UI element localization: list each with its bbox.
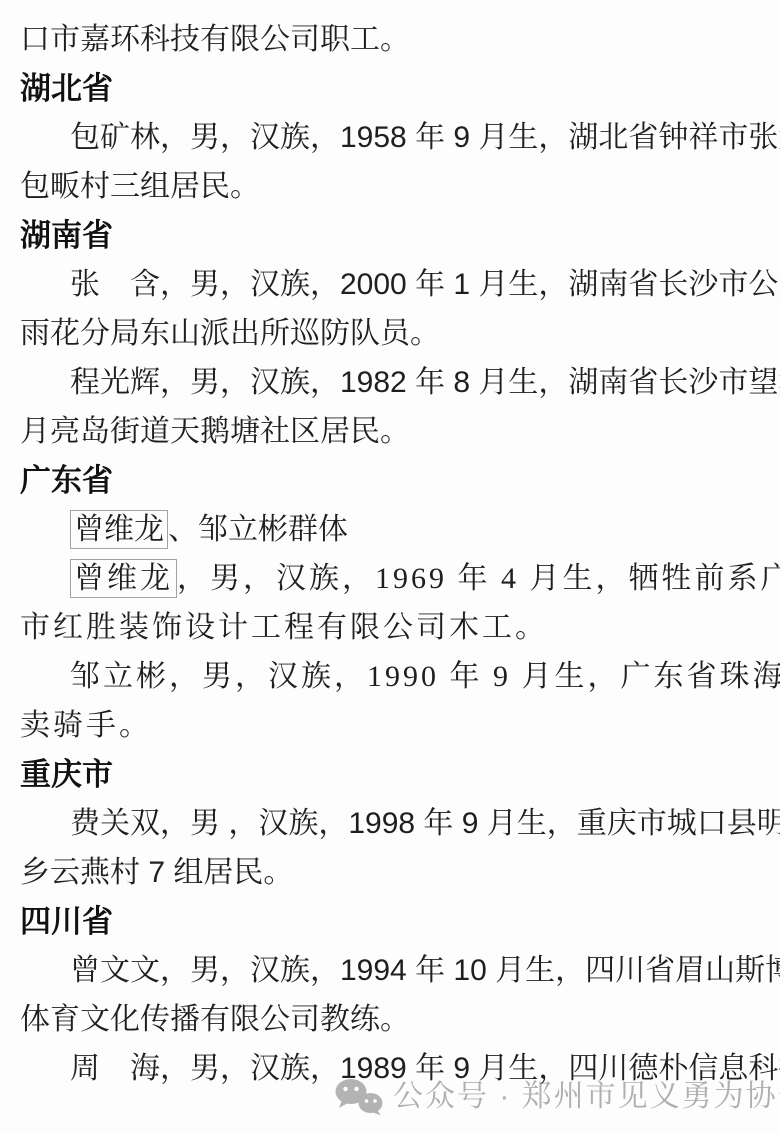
text-line: 包畈村三组居民。 <box>20 162 758 211</box>
text-segment: 费关双，男 ，汉族，1998 年 9 月生，重庆市城口县明中 <box>70 807 780 840</box>
text-segment: ，男，汉族，1969 年 4 月生，牺牲前系广东省珠海 <box>177 562 780 595</box>
document-page: 公众号 · 郑州市见义勇为协会 口市嘉环科技有限公司职工。湖北省包矿林，男，汉族… <box>0 0 780 1133</box>
section-heading: 四川省 <box>20 897 758 946</box>
text-line: 曾维龙，男，汉族，1969 年 4 月生，牺牲前系广东省珠海 <box>20 554 758 603</box>
text-line: 口市嘉环科技有限公司职工。 <box>20 15 758 64</box>
text-line: 卖骑手。 <box>20 701 758 750</box>
text-line: 包矿林，男，汉族，1958 年 9 月生，湖北省钟祥市张集镇 <box>20 113 758 162</box>
text-segment: 包畈村三组居民。 <box>20 170 260 203</box>
text-segment: 曾文文，男，汉族，1994 年 10 月生，四川省眉山斯博特 <box>70 954 780 987</box>
boxed-name: 曾维龙 <box>70 559 177 598</box>
text-line: 月亮岛街道天鹅塘社区居民。 <box>20 407 758 456</box>
text-line: 雨花分局东山派出所巡防队员。 <box>20 309 758 358</box>
text-line: 程光辉，男，汉族，1982 年 8 月生，湖南省长沙市望城区 <box>20 358 758 407</box>
text-segment: 重庆市 <box>20 757 113 792</box>
text-line: 体育文化传播有限公司教练。 <box>20 995 758 1044</box>
boxed-name: 曾维龙 <box>70 510 168 549</box>
text-segment: 、邹立彬群体 <box>168 513 348 546</box>
text-segment: 张 含，男，汉族，2000 年 1 月生，湖南省长沙市公安局 <box>70 268 780 301</box>
text-line: 邹立彬，男，汉族，1990 年 9 月生，广东省珠海市美团外 <box>20 652 758 701</box>
section-heading: 广东省 <box>20 456 758 505</box>
text-segment: 程光辉，男，汉族，1982 年 8 月生，湖南省长沙市望城区 <box>70 366 780 399</box>
text-line: 费关双，男 ，汉族，1998 年 9 月生，重庆市城口县明中 <box>20 799 758 848</box>
text-segment: 周 海，男，汉族，1989 年 9 月生，四川德朴信息科技有 <box>70 1052 780 1085</box>
text-line: 张 含，男，汉族，2000 年 1 月生，湖南省长沙市公安局 <box>20 260 758 309</box>
text-segment: 口市嘉环科技有限公司职工。 <box>20 23 410 56</box>
text-segment: 卖骑手。 <box>20 709 152 742</box>
text-line: 市红胜装饰设计工程有限公司木工。 <box>20 603 758 652</box>
section-heading: 湖南省 <box>20 211 758 260</box>
document-body: 口市嘉环科技有限公司职工。湖北省包矿林，男，汉族，1958 年 9 月生，湖北省… <box>0 0 780 1093</box>
text-segment: 乡云燕村 7 组居民。 <box>20 856 293 889</box>
text-segment: 邹立彬，男，汉族，1990 年 9 月生，广东省珠海市美团外 <box>70 660 780 693</box>
text-segment: 四川省 <box>20 904 113 939</box>
text-line: 曾维龙、邹立彬群体 <box>20 505 758 554</box>
text-segment: 湖南省 <box>20 218 113 253</box>
text-line: 周 海，男，汉族，1989 年 9 月生，四川德朴信息科技有 <box>20 1044 758 1093</box>
section-heading: 重庆市 <box>20 750 758 799</box>
text-segment: 市红胜装饰设计工程有限公司木工。 <box>20 611 548 644</box>
text-segment: 广东省 <box>20 463 113 498</box>
text-segment: 湖北省 <box>20 71 113 106</box>
text-segment: 月亮岛街道天鹅塘社区居民。 <box>20 415 410 448</box>
text-segment: 体育文化传播有限公司教练。 <box>20 1003 410 1036</box>
text-segment: 雨花分局东山派出所巡防队员。 <box>20 317 440 350</box>
text-line: 曾文文，男，汉族，1994 年 10 月生，四川省眉山斯博特 <box>20 946 758 995</box>
text-line: 乡云燕村 7 组居民。 <box>20 848 758 897</box>
section-heading: 湖北省 <box>20 64 758 113</box>
text-segment: 包矿林，男，汉族，1958 年 9 月生，湖北省钟祥市张集镇 <box>70 121 780 154</box>
